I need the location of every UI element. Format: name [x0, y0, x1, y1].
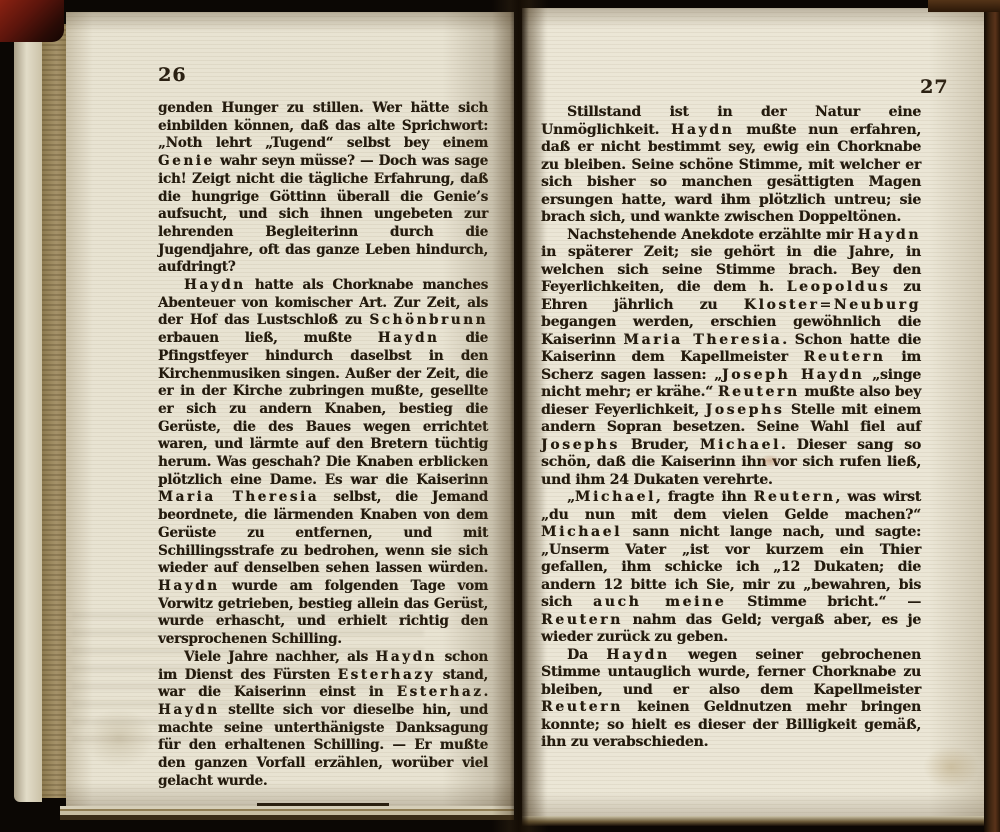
- letterspaced-name: Leopoldus: [787, 279, 891, 295]
- paragraph: genden Hunger zu stillen. Wer hätte sich…: [158, 100, 488, 277]
- letterspaced-name: Haydn: [378, 330, 440, 346]
- body-text: Stimme bricht.“ —: [726, 594, 921, 610]
- page-stack-bottom-edge-right: [522, 816, 984, 826]
- body-text: wahr seyn müsse? — Doch was sage ich! Ze…: [158, 153, 488, 275]
- body-text: Nachstehende Anekdote erzählte mir: [567, 227, 858, 243]
- letterspaced-name: Josephs: [541, 437, 620, 453]
- paragraph: Haydn hatte als Chorknabe manches Abente…: [158, 277, 488, 649]
- left-page: 26 genden Hunger zu stillen. Wer hätte s…: [66, 12, 514, 806]
- right-page-text-block: Stillstand ist in der Natur eine Unmögli…: [541, 104, 921, 752]
- section-divider-rule: [257, 803, 389, 806]
- letterspaced-name: Schönbrunn: [369, 312, 488, 328]
- letterspaced-name: auch meine: [593, 594, 726, 610]
- body-text: .: [484, 684, 489, 700]
- body-text: Viele Jahre nachher, als: [184, 649, 375, 665]
- left-page-text-block: genden Hunger zu stillen. Wer hätte sich…: [158, 100, 488, 806]
- body-text: erbauen ließ, mußte: [158, 330, 378, 346]
- right-page: 27 Stillstand ist in der Natur eine Unmö…: [522, 8, 984, 816]
- letterspaced-name: Reutern: [541, 612, 623, 628]
- letterspaced-name: Haydn: [158, 702, 220, 718]
- body-text: genden Hunger zu stillen. Wer hätte sich…: [158, 100, 488, 151]
- letterspaced-name: Maria Theresia: [158, 489, 319, 505]
- letterspaced-name: Reutern: [754, 489, 836, 505]
- letterspaced-name: Esterhaz: [397, 684, 484, 700]
- letterspaced-name: Josephs: [705, 402, 784, 418]
- letterspaced-name: Michael: [541, 524, 622, 540]
- letterspaced-name: Esterhazy: [338, 667, 435, 683]
- letterspaced-name: Haydn: [184, 277, 246, 293]
- page-stack-fore-edge: [14, 20, 42, 802]
- book-cover-edge-top-right: [928, 0, 1000, 12]
- letterspaced-name: Kloster=Neuburg: [744, 297, 921, 313]
- body-text: „: [567, 489, 575, 505]
- letterspaced-name: Haydn: [375, 649, 437, 665]
- book-cover-edge-right: [984, 0, 1000, 832]
- paragraph: Stillstand ist in der Natur eine Unmögli…: [541, 104, 921, 227]
- paragraph: „Michael, fragte ihn Reutern, was wirst …: [541, 489, 921, 647]
- letterspaced-name: Maria Theresia: [623, 332, 782, 348]
- body-text: Bruder,: [620, 437, 700, 453]
- letterspaced-name: Reutern: [718, 384, 800, 400]
- paragraph: Viele Jahre nachher, als Haydn schon im …: [158, 649, 488, 791]
- book-scan-screenshot: 26 genden Hunger zu stillen. Wer hätte s…: [0, 0, 1000, 832]
- paragraph: Nachstehende Anekdote erzählte mir Haydn…: [541, 227, 921, 490]
- page-stack-bottom-edge-left: [60, 806, 514, 820]
- page-number-right: 27: [920, 76, 948, 98]
- page-number-left: 26: [158, 64, 186, 86]
- body-text: , fragte ihn: [656, 489, 754, 505]
- letterspaced-name: Haydn: [606, 647, 669, 663]
- paragraph: Da Haydn wegen seiner gebrochenen Stimme…: [541, 647, 921, 752]
- letterspaced-name: Joseph Haydn: [722, 367, 864, 383]
- letterspaced-name: Reutern: [541, 699, 623, 715]
- letterspaced-name: Michael: [700, 437, 781, 453]
- body-text: die Pfingstfeyer hindurch daselbst in de…: [158, 330, 488, 488]
- page-stack-edge-band: [42, 24, 68, 798]
- body-text: Da: [567, 647, 606, 663]
- letterspaced-name: Genie: [158, 153, 215, 169]
- letterspaced-name: Haydn: [858, 227, 921, 243]
- letterspaced-name: Haydn: [671, 122, 734, 138]
- letterspaced-name: Haydn: [158, 578, 220, 594]
- letterspaced-name: Reutern: [804, 349, 886, 365]
- letterspaced-name: Michael: [575, 489, 656, 505]
- book-cover-corner-top-left: [0, 0, 64, 42]
